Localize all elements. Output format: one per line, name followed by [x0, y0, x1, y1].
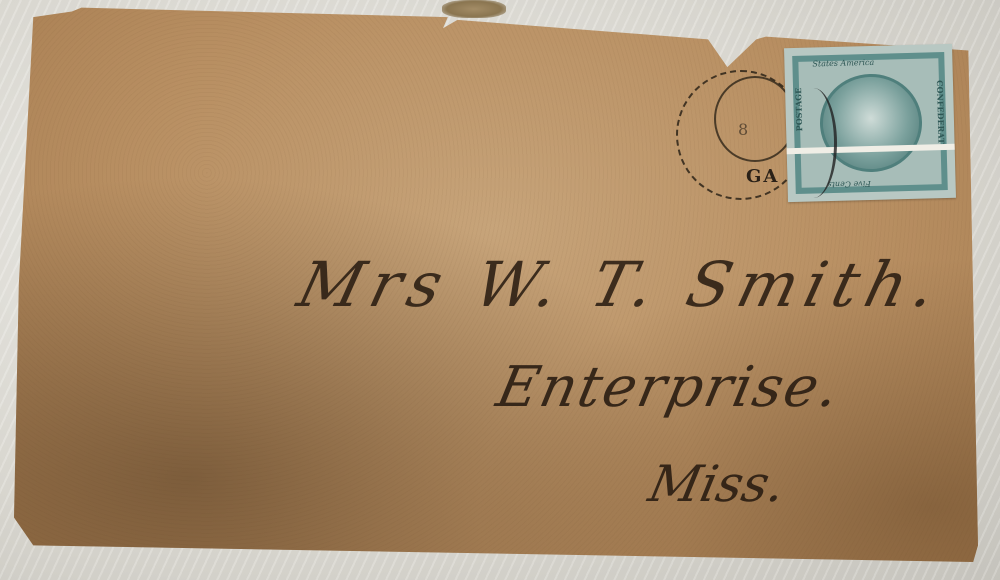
- address-city: Enterprise.: [491, 355, 846, 420]
- stamp-bottom-text: Five Cents: [827, 179, 870, 189]
- postmark-inner-ring: [714, 76, 796, 162]
- address-recipient: Mrs W. T. Smith.: [291, 248, 951, 321]
- stamp-right-text: CONFEDERATE: [935, 80, 947, 150]
- paper-fiber-fleck: [442, 0, 506, 18]
- address-state: Miss.: [644, 455, 791, 513]
- cancel-mark: [790, 88, 837, 198]
- postmark-state: GA: [746, 166, 779, 187]
- stamp-top-text: States America: [812, 58, 874, 69]
- postmark-date: 8: [738, 120, 748, 139]
